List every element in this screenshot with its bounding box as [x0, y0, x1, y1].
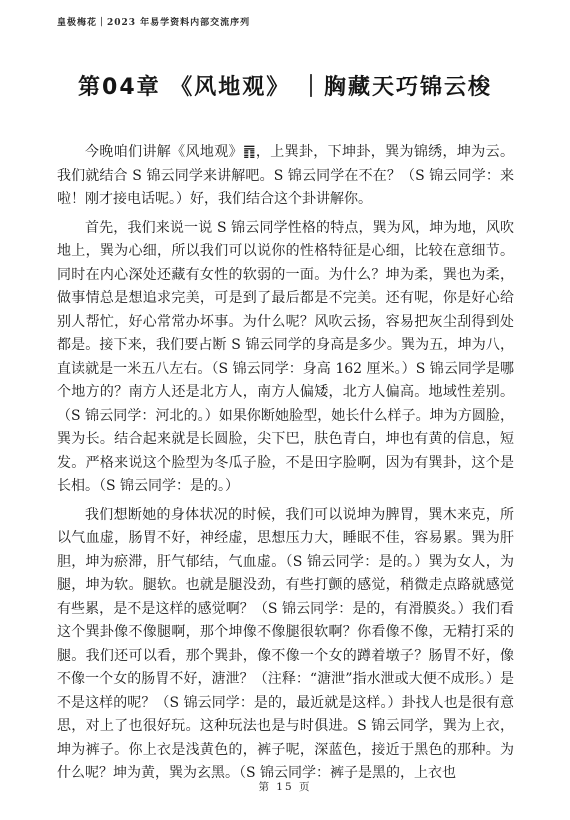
paragraph-intro: 今晚咱们讲解《风地观》䷓，上巽卦，下坤卦，巽为锦绣，坤为云。我们就结合 S 锦云… [57, 141, 514, 212]
page-header-series-label: 皇极梅花｜2023 年易学资料内部交流序列 [57, 15, 250, 28]
paragraph-health-clothing: 我们想断她的身体状况的时候，我们可以说坤为脾胃，巽木来克，所以气血虚，肠胃不好，… [57, 504, 514, 786]
chapter-title: 第04章 《风地观》 ｜胸藏天巧锦云梭 [0, 70, 570, 101]
page-number: 第 15 页 [0, 779, 570, 794]
body-text: 今晚咱们讲解《风地观》䷓，上巽卦，下坤卦，巽为锦绣，坤为云。我们就结合 S 锦云… [57, 141, 514, 791]
paragraph-personality-appearance: 首先，我们来说一说 S 锦云同学性格的特点，巽为风，坤为地，风吹地上，巽为心细，… [57, 217, 514, 499]
document-page: 皇极梅花｜2023 年易学资料内部交流序列 第04章 《风地观》 ｜胸藏天巧锦云… [0, 0, 570, 820]
